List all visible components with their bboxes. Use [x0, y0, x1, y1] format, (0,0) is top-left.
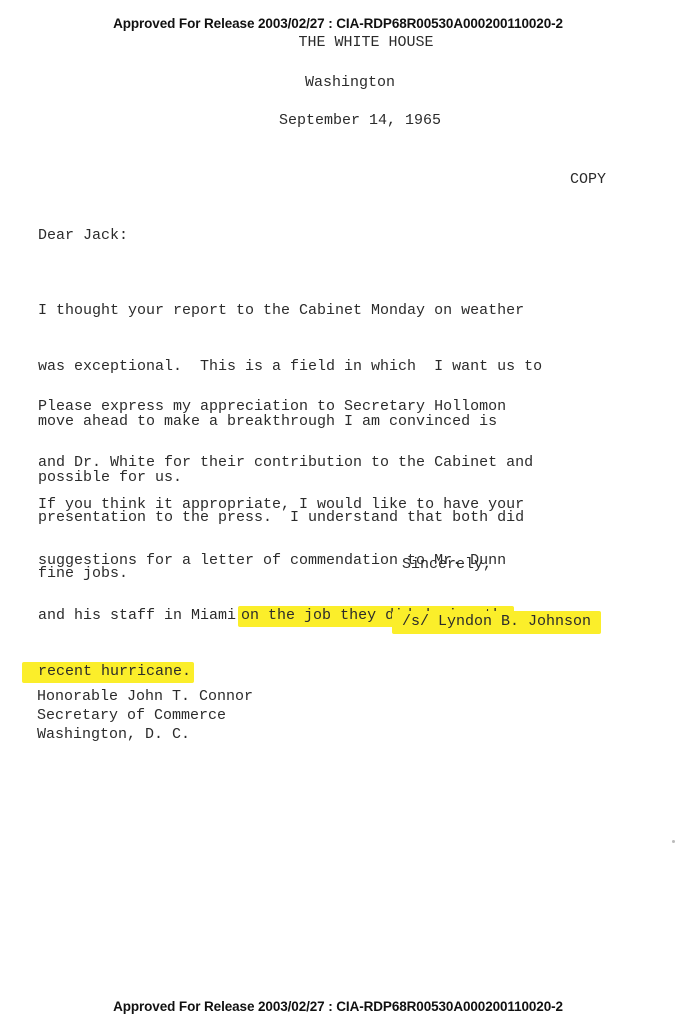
letterhead-city: Washington — [12, 74, 676, 91]
addressee-block: Honorable John T. Connor Secretary of Co… — [37, 687, 253, 744]
letterhead-title: THE WHITE HOUSE — [28, 34, 676, 51]
paragraph-line: If you think it appropriate, I would lik… — [38, 496, 638, 515]
release-stamp-bottom: Approved For Release 2003/02/27 : CIA-RD… — [0, 999, 676, 1014]
paragraph-line: Please express my appreciation to Secret… — [38, 398, 638, 417]
scan-speck — [672, 840, 675, 843]
closing: Sincerely, — [402, 556, 492, 573]
paragraph-commendation: If you think it appropriate, I would lik… — [38, 459, 638, 700]
paragraph-line: I thought your report to the Cabinet Mon… — [38, 302, 638, 321]
salutation: Dear Jack: — [38, 227, 128, 244]
paragraph-line: suggestions for a letter of commendation… — [38, 552, 638, 571]
plain-text: and his staff in Miami — [38, 607, 236, 624]
addressee-title: Secretary of Commerce — [37, 706, 253, 725]
highlighted-text: recent hurricane. — [22, 662, 194, 683]
paragraph-line: recent hurricane. — [38, 663, 638, 682]
copy-mark: COPY — [570, 171, 606, 188]
addressee-name: Honorable John T. Connor — [37, 687, 253, 706]
addressee-city: Washington, D. C. — [37, 725, 253, 744]
release-stamp-top: Approved For Release 2003/02/27 : CIA-RD… — [0, 16, 676, 31]
signature-highlighted: /s/ Lyndon B. Johnson — [392, 611, 601, 634]
letter-date: September 14, 1965 — [22, 112, 676, 129]
